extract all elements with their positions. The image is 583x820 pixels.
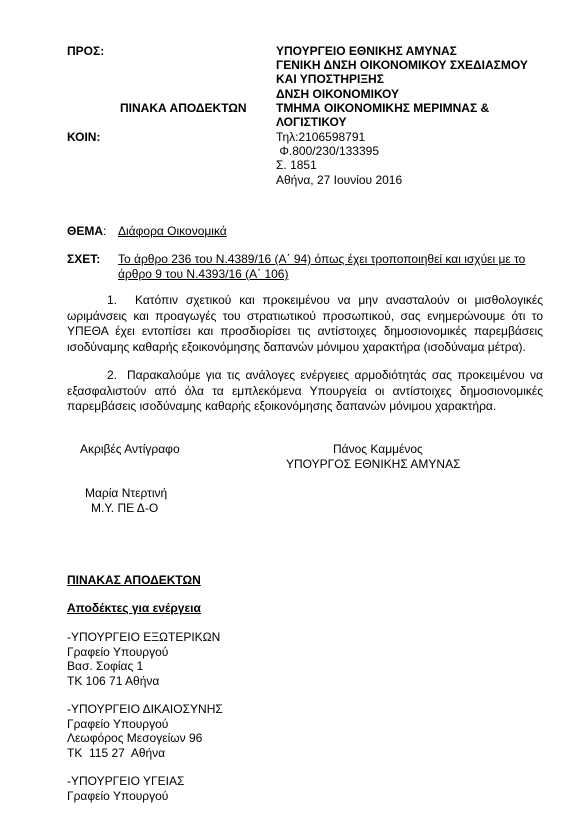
- signer-name: Πάνος Καμμένος: [333, 442, 423, 456]
- recipient-ministry: -ΥΠΟΥΡΓΕΙΟ ΔΙΚΑΙΟΣΥΝΗΣ: [67, 702, 223, 717]
- paragraph-1: 1.Κατόπιν σχετικού και προκειμένου να μη…: [67, 293, 543, 355]
- recipient-item: -ΥΠΟΥΡΓΕΙΟ ΔΙΚΑΙΟΣΥΝΗΣ Γραφείο Υπουργού …: [67, 702, 223, 760]
- recipient-office: Γραφείο Υπουργού: [67, 645, 220, 660]
- reference-line: Το άρθρο 236 του Ν.4389/16 (Α΄ 94) όπως …: [118, 252, 525, 267]
- recipient-postcode: ΤΚ 115 27 Αθήνα: [67, 746, 223, 761]
- recipient-office: Γραφείο Υπουργού: [67, 717, 223, 732]
- recipient-item: -ΥΠΟΥΡΓΕΙΟ ΥΓΕΙΑΣ Γραφείο Υπουργού: [67, 774, 184, 803]
- true-copy-label: Ακριβές Αντίγραφο: [80, 442, 180, 456]
- reference-text: Το άρθρο 236 του Ν.4389/16 (Α΄ 94) όπως …: [118, 252, 525, 282]
- phone: Τηλ:2106598791: [276, 130, 402, 144]
- reference-block: Τηλ:2106598791 Φ.800/230/133395 Σ. 1851 …: [276, 130, 402, 187]
- recipient-ministry: -ΥΠΟΥΡΓΕΙΟ ΥΓΕΙΑΣ: [67, 774, 184, 789]
- certifier-title: Μ.Υ. ΠΕ Δ-Ο: [91, 501, 158, 515]
- paragraph-text: Παρακαλούμε για τις ανάλογες ενέργειες α…: [67, 368, 543, 413]
- to-label: ΠΡΟΣ:: [67, 44, 104, 58]
- paragraph-text: Κατόπιν σχετικού και προκειμένου να μην …: [67, 293, 543, 354]
- paragraph-2: 2.Παρακαλούμε για τις ανάλογες ενέργειες…: [67, 368, 543, 415]
- sender-line: ΤΜΗΜΑ ΟΙΚΟΝΟΜΙΚΗΣ ΜΕΡΙΜΝΑΣ &: [276, 101, 528, 115]
- recipient-postcode: ΤΚ 106 71 Αθήνα: [67, 674, 220, 689]
- sender-block: ΥΠΟΥΡΓΕΙΟ ΕΘΝΙΚΗΣ ΑΜΥΝΑΣ ΓΕΝΙΚΗ ΔΝΣΗ ΟΙΚ…: [276, 44, 528, 129]
- subject-label: ΘΕΜΑ: [67, 224, 103, 238]
- sender-line: ΚΑΙ ΥΠΟΣΤΗΡΙΞΗΣ: [276, 72, 528, 86]
- recipient-item: -ΥΠΟΥΡΓΕΙΟ ΕΞΩΤΕΡΙΚΩΝ Γραφείο Υπουργού Β…: [67, 630, 220, 688]
- signer-title: ΥΠΟΥΡΓΟΣ ΕΘΝΙΚΗΣ ΑΜΥΝΑΣ: [286, 457, 461, 471]
- cc-label: ΚΟΙΝ:: [67, 130, 100, 144]
- sender-line: ΛΟΓΙΣΤΙΚΟΥ: [276, 115, 528, 129]
- file-ref: Φ.800/230/133395: [276, 144, 402, 158]
- paragraph-number: 1.: [107, 293, 117, 307]
- sender-line: ΓΕΝΙΚΗ ΔΝΣΗ ΟΙΚΟΝΟΜΙΚΟΥ ΣΧΕΔΙΑΣΜΟΥ: [276, 58, 528, 72]
- recipient-street: Βασ. Σοφίας 1: [67, 659, 220, 674]
- subject-colon: :: [103, 224, 106, 238]
- reference-label: ΣΧΕΤ:: [67, 252, 100, 266]
- certifier-name: Μαρία Ντερτινή: [85, 486, 167, 500]
- paragraph-number: 2.: [107, 368, 117, 382]
- subject-row: ΘΕΜΑ:: [67, 224, 106, 238]
- recipients-title: ΠΙΝΑΚΑΣ ΑΠΟΔΕΚΤΩΝ: [67, 573, 201, 587]
- place-date: Αθήνα, 27 Ιουνίου 2016: [276, 173, 402, 187]
- recipient-street: Λεωφόρος Μεσογείων 96: [67, 731, 223, 746]
- sender-line: ΥΠΟΥΡΓΕΙΟ ΕΘΝΙΚΗΣ ΑΜΥΝΑΣ: [276, 44, 528, 58]
- action-recipients-heading: Αποδέκτες για ενέργεια: [67, 601, 201, 615]
- sender-line: ΔΝΣΗ ΟΙΚΟΝΟΜΙΚΟΥ: [276, 87, 528, 101]
- recipient-office: Γραφείο Υπουργού: [67, 789, 184, 804]
- subject-value: Διάφορα Οικονομικά: [118, 224, 227, 238]
- to-value: ΠΙΝΑΚΑ ΑΠΟΔΕΚΤΩΝ: [120, 101, 247, 115]
- serial-number: Σ. 1851: [276, 158, 402, 172]
- reference-line: άρθρο 9 του Ν.4393/16 (Α΄ 106): [118, 267, 525, 282]
- recipient-ministry: -ΥΠΟΥΡΓΕΙΟ ΕΞΩΤΕΡΙΚΩΝ: [67, 630, 220, 645]
